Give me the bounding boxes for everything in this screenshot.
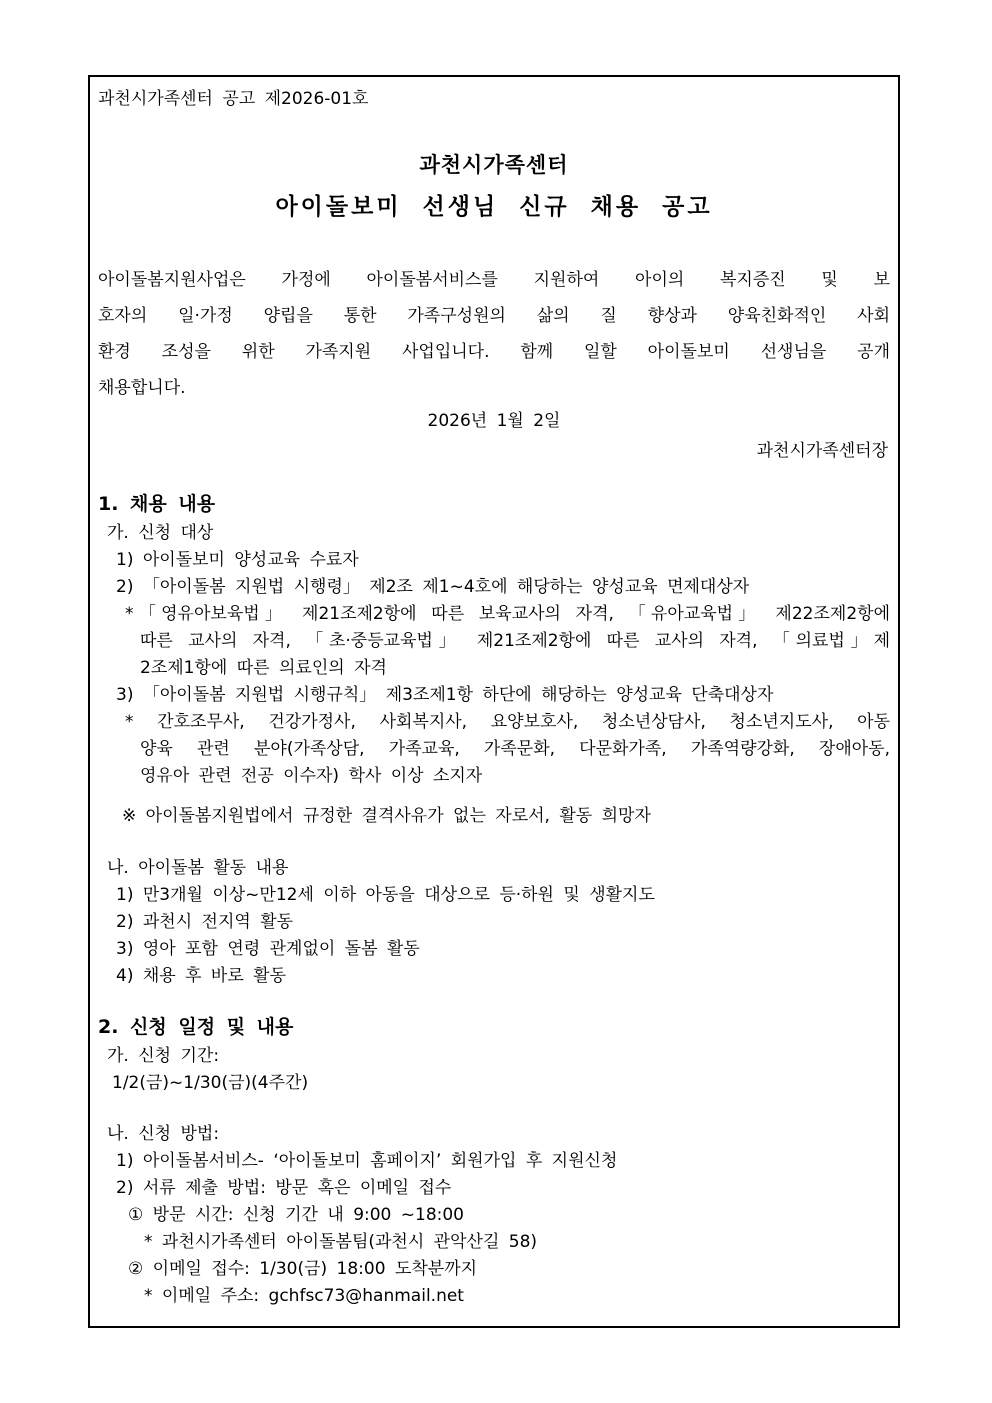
target-item-note: *「영유아보육법」 제21조제2항에 따른 보육교사의 자격, 「유아교육법」 … xyxy=(125,601,890,628)
section-recruit: 1. 채용 내용 가. 신청 대상 1) 아이돌보미 양성교육 수료자 2) 「… xyxy=(98,490,890,990)
method-item: 2) 서류 제출 방법: 방문 혹은 이메일 접수 xyxy=(116,1175,890,1202)
signature: 과천시가족센터장 xyxy=(98,436,890,466)
section-recruit-heading: 1. 채용 내용 xyxy=(98,490,890,518)
period-value: 1/2(금)~1/30(금)(4주간) xyxy=(112,1070,890,1097)
email-deadline: ② 이메일 접수: 1/30(금) 18:00 도착분까지 xyxy=(128,1256,890,1283)
notice-date: 2026년 1월 2일 xyxy=(98,406,890,436)
intro-line: 아이돌봄지원사업은 가정에 아이돌봄서비스를 지원하여 아이의 복지증진 및 보 xyxy=(98,262,890,298)
intro-line: 채용합니다. xyxy=(98,370,890,406)
target-heading: 가. 신청 대상 xyxy=(107,520,890,547)
section-apply-heading: 2. 신청 일정 및 내용 xyxy=(98,1013,890,1041)
period-heading: 가. 신청 기간: xyxy=(107,1043,890,1070)
intro-line: 환경 조성을 위한 가족지원 사업입니다. 함께 일할 아이돌보미 선생님을 공… xyxy=(98,334,890,370)
target-item: 3) 「아이돌봄 지원법 시행규칙」 제3조제1항 하단에 해당하는 양성교육 … xyxy=(116,682,890,709)
email-address: * 이메일 주소: gchfsc73@hanmail.net xyxy=(144,1283,890,1310)
target-item-note: * 간호조무사, 건강가정사, 사회복지사, 요양보호사, 청소년상담사, 청소… xyxy=(125,709,890,736)
activity-item: 4) 채용 후 바로 활동 xyxy=(116,963,890,990)
eligibility-note: ※ 아이돌봄지원법에서 규정한 결격사유가 없는 자로서, 활동 희망자 xyxy=(122,803,890,830)
target-item: 1) 아이돌보미 양성교육 수료자 xyxy=(116,547,890,574)
intro-paragraph: 아이돌봄지원사업은 가정에 아이돌봄서비스를 지원하여 아이의 복지증진 및 보… xyxy=(98,262,890,406)
section-apply: 2. 신청 일정 및 내용 가. 신청 기간: 1/2(금)~1/30(금)(4… xyxy=(98,1013,890,1310)
target-item-note: 영유아 관련 전공 이수자) 학사 이상 소지자 xyxy=(140,763,890,790)
document-page: 과천시가족센터 공고 제2026-01호 과천시가족센터 아이돌보미 선생님 신… xyxy=(0,0,992,1403)
visit-place: * 과천시가족센터 아이돌봄팀(과천시 관악산길 58) xyxy=(144,1229,890,1256)
doc-number: 과천시가족센터 공고 제2026-01호 xyxy=(98,86,890,113)
activity-heading: 나. 아이돌봄 활동 내용 xyxy=(107,855,890,882)
target-item-note: 양육 관련 분야(가족상담, 가족교육, 가족문화, 다문화가족, 가족역량강화… xyxy=(140,736,890,763)
notice-title: 아이돌보미 선생님 신규 채용 공고 xyxy=(98,192,890,222)
intro-line: 호자의 일·가정 양립을 통한 가족구성원의 삶의 질 향상과 양육친화적인 사… xyxy=(98,298,890,334)
activity-item: 1) 만3개월 이상~만12세 이하 아동을 대상으로 등·하원 및 생활지도 xyxy=(116,882,890,909)
document-border: 과천시가족센터 공고 제2026-01호 과천시가족센터 아이돌보미 선생님 신… xyxy=(88,75,900,1328)
visit-time: ① 방문 시간: 신청 기간 내 9:00 ~18:00 xyxy=(128,1202,890,1229)
target-item: 2) 「아이돌봄 지원법 시행령」 제2조 제1~4호에 해당하는 양성교육 면… xyxy=(116,574,890,601)
activity-item: 2) 과천시 전지역 활동 xyxy=(116,909,890,936)
org-title: 과천시가족센터 xyxy=(98,152,890,178)
target-item-note: 2조제1항에 따른 의료인의 자격 xyxy=(140,655,890,682)
method-heading: 나. 신청 방법: xyxy=(107,1121,890,1148)
target-item-note: 따른 교사의 자격, 「초·중등교육법」 제21조제2항에 따른 교사의 자격,… xyxy=(140,628,890,655)
activity-item: 3) 영아 포함 연령 관계없이 돌봄 활동 xyxy=(116,936,890,963)
method-item: 1) 아이돌봄서비스- ‘아이돌보미 홈페이지’ 회원가입 후 지원신청 xyxy=(116,1148,890,1175)
